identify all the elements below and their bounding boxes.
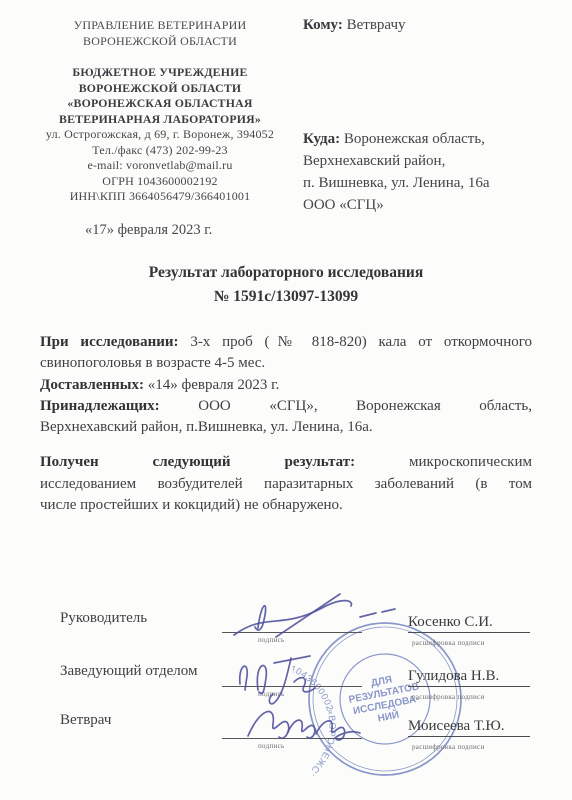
org-name-line1: БЮДЖЕТНОЕ УЧРЕЖДЕНИЕ xyxy=(32,65,288,81)
vet-signature-ink xyxy=(242,692,382,754)
body-research-line2: свинопоголовья в возрасте 4-5 мес. xyxy=(40,353,532,374)
document-body: При исследовании: 3-х проб (№ 818-820) к… xyxy=(40,332,532,516)
org-name-line3: «ВОРОНЕЖСКАЯ ОБЛАСТНАЯ xyxy=(32,96,288,112)
document-title: Результат лабораторного исследования № 1… xyxy=(0,261,572,309)
recipient-to-line: Кому: Ветврачу xyxy=(303,14,565,36)
owner-rest: ООО «СГЦ», Воронежская область, xyxy=(198,398,532,414)
body-result-line2: исследованием возбудителей паразитарных … xyxy=(40,474,532,495)
research-label: При исследовании: xyxy=(40,334,179,350)
owner-label: Принадлежащих: xyxy=(40,398,160,414)
name-caption-2: расшифровка подписи xyxy=(412,693,485,701)
recipient-to-value: Ветврачу xyxy=(343,17,406,33)
name-caption-3: расшифровка подписи xyxy=(412,743,485,751)
body-delivered-line: Доставленных: «14» февраля 2023 г. xyxy=(40,375,532,396)
recipient-where-block: Куда: Воронежская область, Верхнехавский… xyxy=(303,128,565,216)
signature-name-head-of-dept: Гулидова Н.В. xyxy=(408,668,530,687)
body-research-line1: При исследовании: 3-х проб (№ 818-820) к… xyxy=(40,332,532,353)
name-caption-1: расшифровка подписи xyxy=(412,639,485,647)
signature-role-director: Руководитель xyxy=(60,610,147,627)
signature-role-vet: Ветврач xyxy=(60,712,111,729)
org-inn-kpp: ИНН\КПП 3664056479/366401001 xyxy=(32,189,288,205)
recipient-where-line1: Куда: Воронежская область, xyxy=(303,128,565,150)
director-signature-ink xyxy=(228,590,400,640)
document-number: № 1591с/13097-13099 xyxy=(0,285,572,309)
signature-role-head-of-dept: Заведующий отделом xyxy=(60,663,197,680)
signature-name-director: Косенко С.И. xyxy=(408,614,530,633)
org-phone: Тел./факс (473) 202-99-23 xyxy=(32,143,288,159)
research-rest: 3-х проб (№ 818-820) кала от откормочног… xyxy=(190,334,532,350)
org-ogrn: ОГРН 1043600002192 xyxy=(32,174,288,190)
recipient-to-label: Кому: xyxy=(303,17,343,33)
letterhead-left: УПРАВЛЕНИЕ ВЕТЕРИНАРИИ ВОРОНЕЖСКОЙ ОБЛАС… xyxy=(32,18,288,205)
result-rest: микроскопическим xyxy=(409,454,532,470)
body-owner-line1: Принадлежащих: ООО «СГЦ», Воронежская об… xyxy=(40,396,532,417)
delivered-label: Доставленных: xyxy=(40,377,144,393)
org-name-line2: ВОРОНЕЖСКОЙ ОБЛАСТИ xyxy=(32,81,288,97)
recipient-where-line3: п. Вишневка, ул. Ленина, 16а xyxy=(303,172,565,194)
org-address: ул. Острогожская, д 69, г. Воронеж, 3940… xyxy=(32,127,288,143)
recipient-where-label: Куда: xyxy=(303,131,340,147)
document-date: «17» февраля 2023 г. xyxy=(85,222,212,239)
body-result-line1: Получен следующий результат: микроскопич… xyxy=(40,452,532,473)
recipient-where-line2: Верхнехавский район, xyxy=(303,150,565,172)
delivered-rest: «14» февраля 2023 г. xyxy=(144,377,279,393)
recipient-block: Кому: Ветврачу Куда: Воронежская область… xyxy=(303,14,565,216)
recipient-where-rest: Воронежская область, xyxy=(340,131,485,147)
org-email: e-mail: voronvetlab@mail.ru xyxy=(32,158,288,174)
authority-name-line1: УПРАВЛЕНИЕ ВЕТЕРИНАРИИ xyxy=(32,18,288,34)
result-label: Получен следующий результат: xyxy=(40,454,355,470)
org-name-line4: ВЕТЕРИНАРНАЯ ЛАБОРАТОРИЯ» xyxy=(32,112,288,128)
document-title-line1: Результат лабораторного исследования xyxy=(0,261,572,285)
body-result-line3: числе простейших и кокцидий) не обнаруже… xyxy=(40,495,532,516)
recipient-where-line4: ООО «СГЦ» xyxy=(303,194,565,216)
signature-name-vet: Моисеева Т.Ю. xyxy=(408,718,530,737)
document-scan: УПРАВЛЕНИЕ ВЕТЕРИНАРИИ ВОРОНЕЖСКОЙ ОБЛАС… xyxy=(0,0,572,800)
body-owner-line2: Верхнехавский район, п.Вишневка, ул. Лен… xyxy=(40,417,532,438)
authority-name-line2: ВОРОНЕЖСКОЙ ОБЛАСТИ xyxy=(32,34,288,50)
